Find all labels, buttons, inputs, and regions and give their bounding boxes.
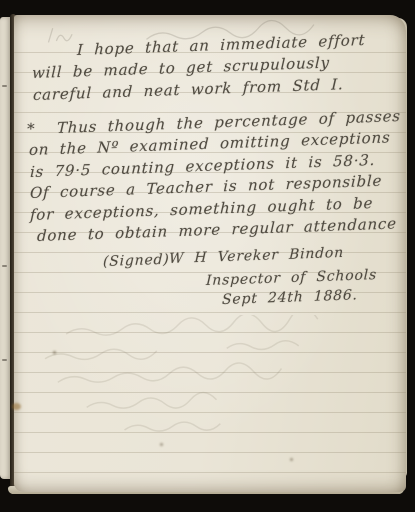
manuscript-page: I hope that an immediate effort will be … xyxy=(14,15,406,492)
foxing-spot xyxy=(53,351,56,354)
foxing-spot xyxy=(160,443,163,446)
photo-frame: I hope that an immediate effort will be … xyxy=(0,0,415,512)
asterisk-marker: * xyxy=(27,119,36,139)
foxing-spot xyxy=(12,403,21,410)
ink-mark xyxy=(2,265,7,267)
ink-mark xyxy=(2,359,7,361)
foxing-spot xyxy=(290,458,293,461)
ink-mark xyxy=(2,85,7,87)
signed-label: (Signed) xyxy=(103,250,170,272)
